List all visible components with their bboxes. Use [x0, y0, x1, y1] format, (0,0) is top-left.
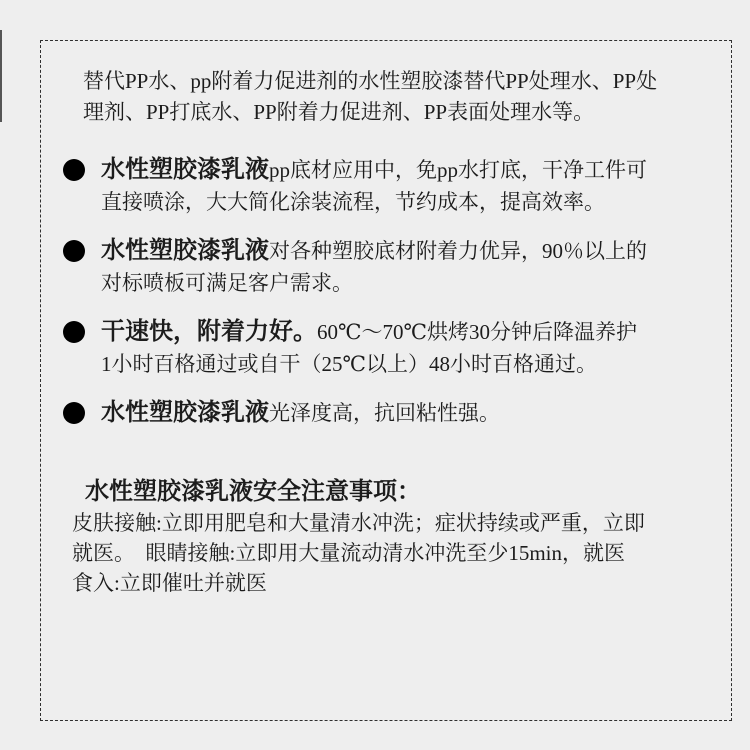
left-edge-line: [0, 30, 2, 122]
intro-line: 理剂、PP打底水、PP附着力促进剂、PP表面处理水等。: [83, 97, 715, 128]
safety-text-line: 皮肤接触:立即用肥皂和大量清水冲洗；症状持续或严重，立即: [72, 508, 715, 538]
feature-line: 水性塑胶漆乳液对各种塑胶底材附着力优异，90％以上的: [101, 235, 715, 267]
feature-item: 干速快，附着力好。60℃～70℃烘烤30分钟后降温养护 1小时百格通过或自干（2…: [63, 316, 715, 380]
safety-heading: 水性塑胶漆乳液安全注意事项：: [85, 476, 715, 508]
feature-title: 水性塑胶漆乳液: [101, 237, 269, 264]
product-image-canvas: 替代PP水、pp附着力促进剂的水性塑胶漆替代PP处理水、PP处 理剂、PP打底水…: [0, 0, 750, 750]
feature-line: 对标喷板可满足客户需求。: [101, 267, 715, 299]
bullet-icon: [63, 240, 85, 262]
feature-text: 60℃～70℃烘烤30分钟后降温养护: [317, 320, 637, 344]
feature-item: 水性塑胶漆乳液光泽度高，抗回粘性强。: [63, 397, 715, 429]
intro-line: 替代PP水、pp附着力促进剂的水性塑胶漆替代PP处理水、PP处: [83, 66, 715, 97]
feature-line: 水性塑胶漆乳液光泽度高，抗回粘性强。: [101, 397, 715, 429]
feature-item: 水性塑胶漆乳液pp底材应用中，免pp水打底，干净工件可 直接喷涂，大大简化涂装流…: [63, 154, 715, 218]
feature-title: 水性塑胶漆乳液: [101, 399, 269, 426]
feature-text: 光泽度高，抗回粘性强。: [269, 401, 500, 425]
feature-text-block: 水性塑胶漆乳液光泽度高，抗回粘性强。: [101, 397, 715, 429]
feature-text-block: 水性塑胶漆乳液对各种塑胶底材附着力优异，90％以上的 对标喷板可满足客户需求。: [101, 235, 715, 299]
feature-title: 干速快，附着力好。: [101, 318, 317, 345]
intro-paragraph: 替代PP水、pp附着力促进剂的水性塑胶漆替代PP处理水、PP处 理剂、PP打底水…: [83, 66, 715, 128]
feature-title: 水性塑胶漆乳液: [101, 156, 269, 183]
feature-line: 1小时百格通过或自干（25℃以上）48小时百格通过。: [101, 348, 715, 380]
safety-text-line: 就医。 眼睛接触:立即用大量流动清水冲洗至少15min，就医: [72, 538, 715, 568]
feature-line: 直接喷涂，大大简化涂装流程，节约成本，提高效率。: [101, 186, 715, 218]
bullet-icon: [63, 402, 85, 424]
feature-text-block: 水性塑胶漆乳液pp底材应用中，免pp水打底，干净工件可 直接喷涂，大大简化涂装流…: [101, 154, 715, 218]
feature-line: 水性塑胶漆乳液pp底材应用中，免pp水打底，干净工件可: [101, 154, 715, 186]
feature-line: 干速快，附着力好。60℃～70℃烘烤30分钟后降温养护: [101, 316, 715, 348]
product-description-panel: 替代PP水、pp附着力促进剂的水性塑胶漆替代PP处理水、PP处 理剂、PP打底水…: [40, 40, 732, 721]
safety-section: 水性塑胶漆乳液安全注意事项： 皮肤接触:立即用肥皂和大量清水冲洗；症状持续或严重…: [63, 476, 715, 598]
bullet-icon: [63, 159, 85, 181]
feature-text-block: 干速快，附着力好。60℃～70℃烘烤30分钟后降温养护 1小时百格通过或自干（2…: [101, 316, 715, 380]
safety-text-line: 食入:立即催吐并就医: [72, 568, 715, 598]
feature-item: 水性塑胶漆乳液对各种塑胶底材附着力优异，90％以上的 对标喷板可满足客户需求。: [63, 235, 715, 299]
feature-text: 对各种塑胶底材附着力优异，90％以上的: [269, 239, 647, 263]
feature-text: pp底材应用中，免pp水打底，干净工件可: [269, 158, 647, 182]
bullet-icon: [63, 321, 85, 343]
